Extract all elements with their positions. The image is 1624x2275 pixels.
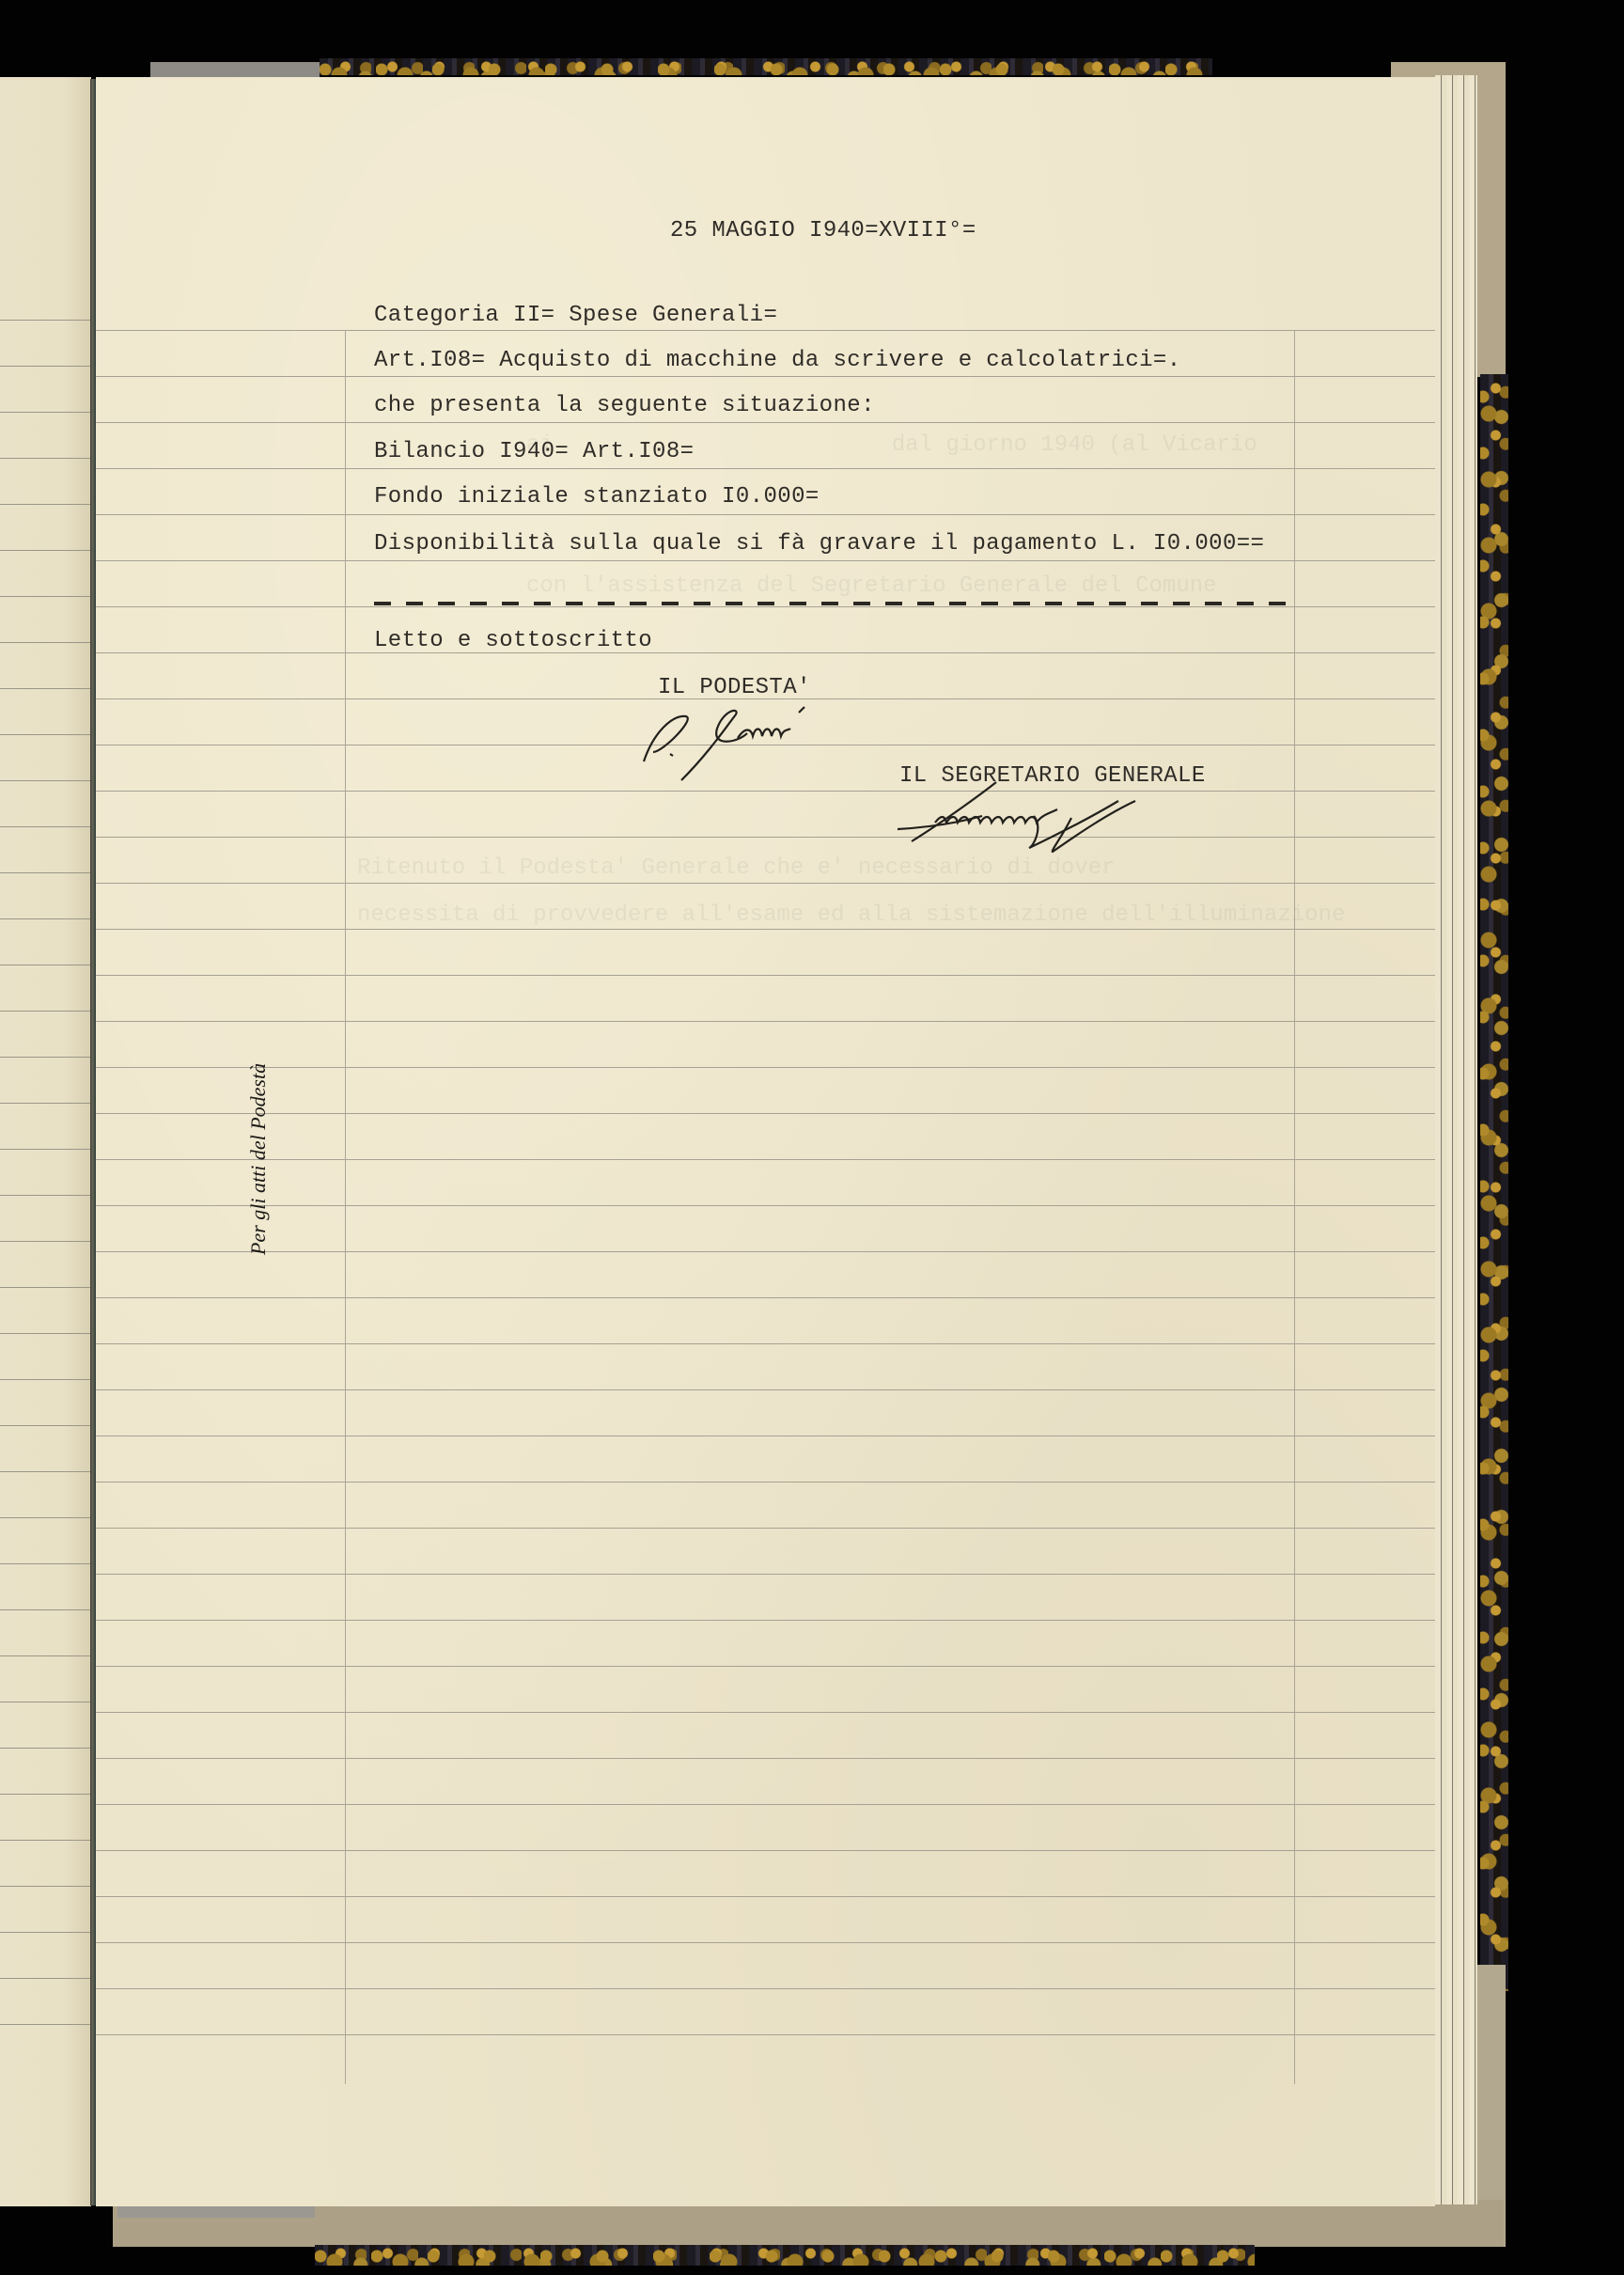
right-margin-rule [1294,331,1295,2084]
budget-line: Bilancio I940= Art.I08= [374,439,694,464]
bleed-through-text: con l'assistenza del Segretario Generale… [526,573,1217,599]
page-stack-edges [1435,75,1477,2204]
margin-label: Per gli atti del Podestà [246,1063,271,1255]
marbled-cover-right [1480,374,1508,1991]
cover-cloth-top [150,62,320,77]
marbled-cover-top [320,58,1212,75]
category-line: Categoria II= Spese Generali= [374,303,777,328]
initial-fund-line: Fondo iniziale stanziato I0.000= [374,484,820,510]
left-page [0,77,91,2206]
podesta-signature [625,696,841,785]
bleed-through-text: Ritenuto il Podesta' Generale che e' nec… [357,855,1116,881]
cover-bottom-edge [113,2200,1504,2247]
document-date: 25 MAGGIO I940=XVIII°= [670,218,976,243]
situation-line: che presenta la seguente situazione: [374,393,875,418]
article-line: Art.I08= Acquisto di macchine da scriver… [374,348,1181,373]
separator-dashed-line [374,602,1295,605]
availability-line: Disponibilità sulla quale si fà gravare … [374,531,1264,557]
bleed-through-text: necessita di provvedere all'esame ed all… [357,902,1345,928]
secretary-signature [893,780,1156,855]
cover-cloth-bottom [117,2206,315,2218]
left-margin-rule [345,331,346,2084]
marbled-cover-bottom [315,2245,1255,2266]
closing-text: Letto e sottoscritto [374,628,652,653]
